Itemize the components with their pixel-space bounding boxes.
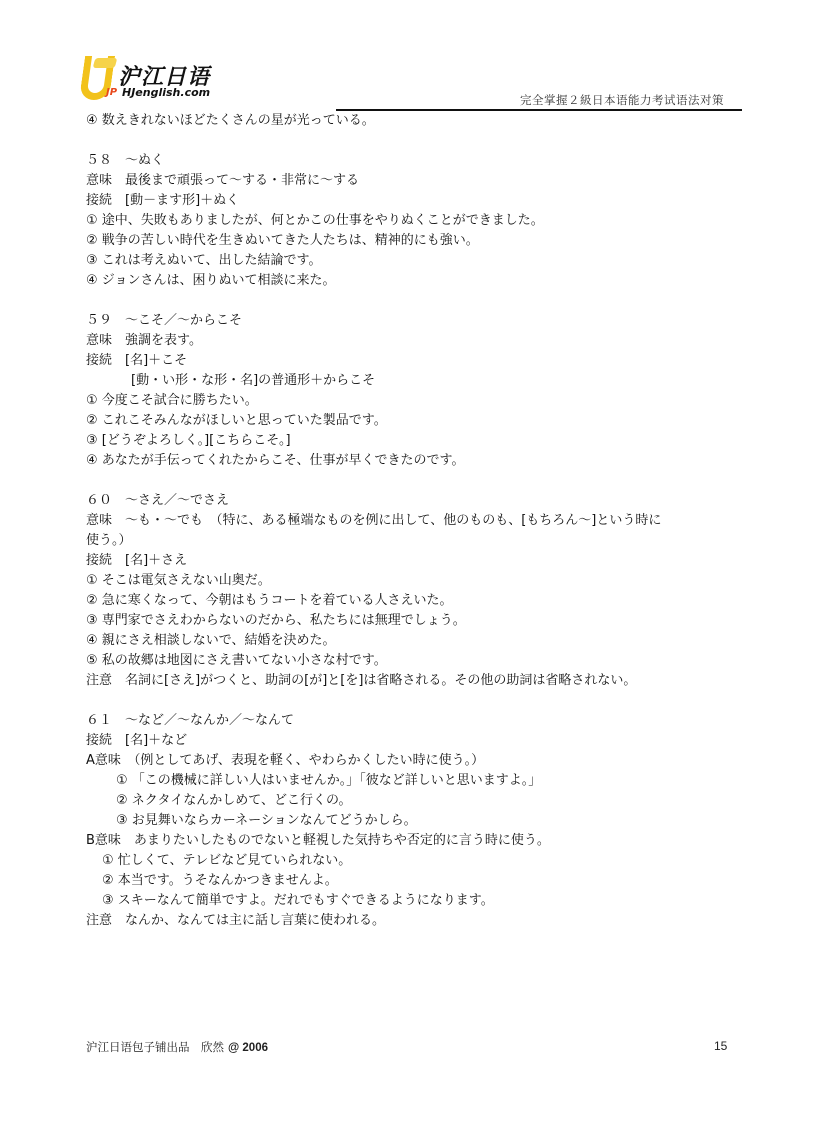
text-line: B意味 あまりたいしたものでないと軽視した気持ちや否定的に言う時に使う。 xyxy=(86,831,746,851)
text-line: ③ 専門家でさえわからないのだから、私たちには無理でしょう。 xyxy=(86,611,746,631)
text-line: 接続 [名]＋こそ xyxy=(86,351,746,371)
text-line: ③ スキーなんて簡単ですよ。だれでもすぐできるようになります。 xyxy=(86,891,746,911)
text-line: ③ お見舞いならカーネーションなんてどうかしら。 xyxy=(86,811,746,831)
text-line: ② ネクタイなんかしめて、どこ行くの。 xyxy=(86,791,746,811)
text-line: ① 途中、失敗もありましたが、何とかこの仕事をやりぬくことができました。 xyxy=(86,211,746,231)
text-line: ６１ ～など／～なんか／～なんて xyxy=(86,711,746,731)
text-line: ④ 親にさえ相談しないで、結婚を決めた。 xyxy=(86,631,746,651)
text-line: ⑤ 私の故郷は地図にさえ書いてない小さな村です。 xyxy=(86,651,746,671)
footer-credit: 沪江日语包子铺出品 欣然@ 2006 xyxy=(86,1039,268,1055)
header-title: 完全掌握２級日本语能力考试语法对策 xyxy=(520,92,724,108)
footer-publisher: 沪江日语包子铺出品 欣然 xyxy=(86,1040,224,1054)
text-line: 接続 [動－ます形]＋ぬく xyxy=(86,191,746,211)
text-line: ６０ ～さえ／～でさえ xyxy=(86,491,746,511)
blank-line xyxy=(86,691,746,711)
text-line: 接続 [名]＋など xyxy=(86,731,746,751)
text-line: 注意 名詞に[さえ]がつくと、助詞の[が]と[を]は省略される。その他の助詞は省… xyxy=(86,671,746,691)
text-line: ② これこそみんながほしいと思っていた製品です。 xyxy=(86,411,746,431)
logo-accent-shape xyxy=(93,58,118,68)
logo-url-text: HJenglish.com xyxy=(122,86,210,99)
text-line: ① 「この機械に詳しい人はいませんか。」「彼など詳しいと思いますよ。」 xyxy=(86,771,746,791)
document-body: ④ 数えきれないほどたくさんの星が光っている。５８ ～ぬく意味 最後まで頑張って… xyxy=(86,111,746,931)
page-number: 15 xyxy=(714,1039,727,1053)
text-line: 意味 ～も・～でも （特に、ある極端なものを例に出して、他のものも、[もちろん～… xyxy=(86,511,746,531)
hjenglish-logo: 沪江日语 JP HJenglish.com xyxy=(80,56,230,106)
logo-jp-text: JP xyxy=(106,87,117,98)
text-line: A意味 （例としてあげ、表現を軽く、やわらかくしたい時に使う。） xyxy=(86,751,746,771)
text-line: ③ [どうぞよろしく。][こちらこそ。] xyxy=(86,431,746,451)
text-line: 接続 [名]＋さえ xyxy=(86,551,746,571)
text-line: [動・い形・な形・名]の普通形＋からこそ xyxy=(86,371,746,391)
text-line: ① 今度こそ試合に勝ちたい。 xyxy=(86,391,746,411)
text-line: ② 急に寒くなって、今朝はもうコートを着ている人さえいた。 xyxy=(86,591,746,611)
text-line: ① 忙しくて、テレビなど見ていられない。 xyxy=(86,851,746,871)
text-line: ④ あなたが手伝ってくれたからこそ、仕事が早くできたのです。 xyxy=(86,451,746,471)
text-line: 意味 強調を表す。 xyxy=(86,331,746,351)
text-line: ② 戦争の苦しい時代を生きぬいてきた人たちは、精神的にも強い。 xyxy=(86,231,746,251)
text-line: ① そこは電気さえない山奥だ。 xyxy=(86,571,746,591)
text-line: 注意 なんか、なんては主に話し言葉に使われる。 xyxy=(86,911,746,931)
blank-line xyxy=(86,291,746,311)
text-line: ② 本当です。うそなんかつきませんよ。 xyxy=(86,871,746,891)
text-line: ５９ ～こそ／～からこそ xyxy=(86,311,746,331)
text-line: ③ これは考えぬいて、出した結論です。 xyxy=(86,251,746,271)
text-line: ④ 数えきれないほどたくさんの星が光っている。 xyxy=(86,111,746,131)
blank-line xyxy=(86,131,746,151)
blank-line xyxy=(86,471,746,491)
text-line: 意味 最後まで頑張って～する・非常に～する xyxy=(86,171,746,191)
text-line: ④ ジョンさんは、困りぬいて相談に来た。 xyxy=(86,271,746,291)
text-line: ５８ ～ぬく xyxy=(86,151,746,171)
text-line: 使う。） xyxy=(86,531,746,551)
footer-copyright: @ 2006 xyxy=(228,1042,268,1054)
